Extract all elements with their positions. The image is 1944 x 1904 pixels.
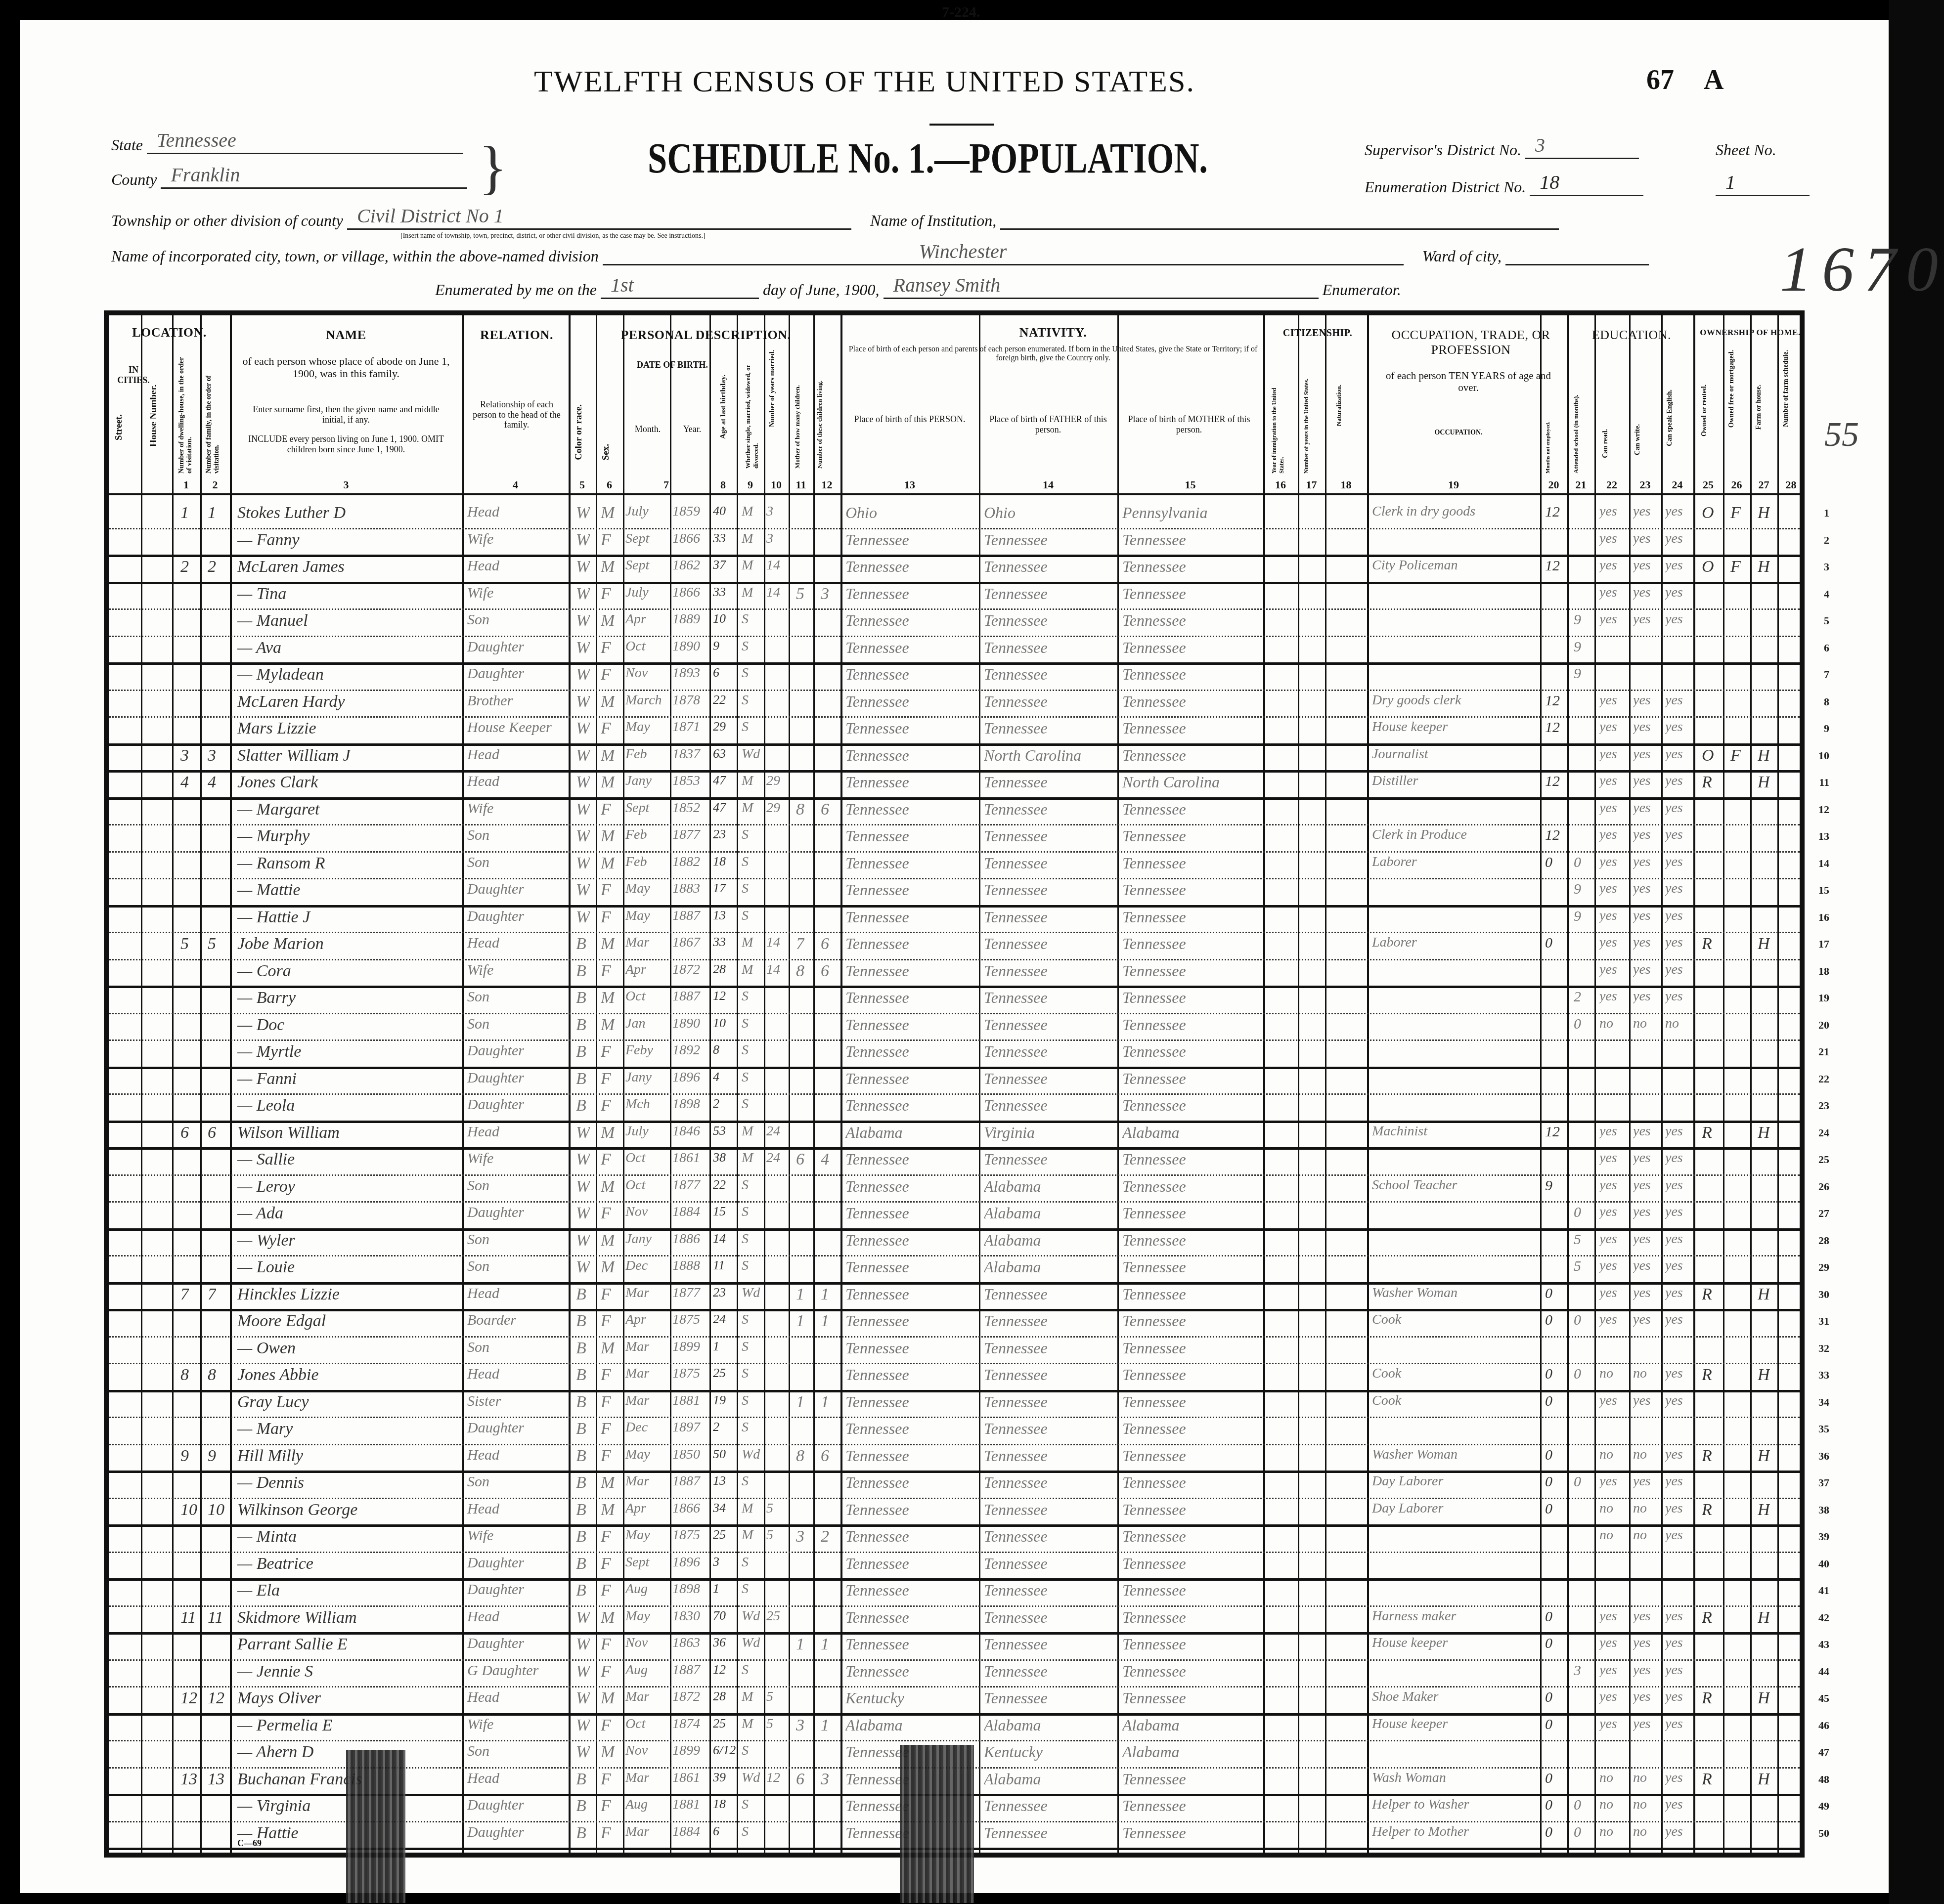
color: W bbox=[576, 827, 590, 846]
color: B bbox=[576, 1016, 586, 1035]
age: 18 bbox=[713, 1797, 737, 1812]
can-read: yes bbox=[1599, 962, 1617, 978]
birthplace-person: Tennessee bbox=[845, 1312, 976, 1330]
line-number: 10 bbox=[1818, 749, 1829, 762]
township-value: Civil District No 1 bbox=[357, 204, 504, 227]
vh-attended-school: Attended school (in months). bbox=[1572, 360, 1580, 474]
birthplace-father: Tennessee bbox=[984, 1581, 1115, 1600]
occupation: Cook bbox=[1372, 1366, 1538, 1382]
can-write: yes bbox=[1633, 854, 1651, 870]
years-married: 12 bbox=[766, 1770, 789, 1786]
can-read: yes bbox=[1599, 1689, 1617, 1705]
birth-month: Sept bbox=[625, 558, 669, 573]
birthplace-mother: Alabama bbox=[1122, 1743, 1261, 1761]
person-name: — Ava bbox=[237, 639, 460, 657]
attended-school: 9 bbox=[1574, 639, 1581, 655]
birth-year: 1877 bbox=[672, 827, 709, 843]
col-num-11: 11 bbox=[789, 478, 813, 491]
can-read: yes bbox=[1599, 1177, 1617, 1193]
table-row: — Permelia E Wife W F Oct 1874 25 M 5 3 … bbox=[109, 1713, 1800, 1742]
relation: G Daughter bbox=[467, 1662, 566, 1679]
table-row: 3 3 Slatter William J Head W M Feb 1837 … bbox=[109, 743, 1800, 773]
birthplace-mother: Tennessee bbox=[1122, 962, 1261, 980]
family-number: 11 bbox=[208, 1608, 223, 1627]
age: 29 bbox=[713, 719, 737, 734]
line-number: 13 bbox=[1818, 830, 1829, 843]
col-num-9: 9 bbox=[737, 478, 764, 491]
line-number: 22 bbox=[1818, 1073, 1829, 1085]
vh-naturalization: Naturalization. bbox=[1335, 385, 1343, 426]
marital-status: S bbox=[742, 1473, 764, 1489]
marital-status: Wd bbox=[742, 1635, 764, 1651]
population-table: LOCATION. IN CITIES. NAME of each person… bbox=[104, 310, 1805, 1858]
attended-school: 0 bbox=[1574, 1204, 1581, 1221]
marital-status: S bbox=[742, 989, 764, 1004]
months-unemployed: 0 bbox=[1545, 1366, 1552, 1383]
sex: F bbox=[601, 908, 611, 927]
birthplace-mother: Tennessee bbox=[1122, 1177, 1261, 1196]
months-unemployed: 12 bbox=[1545, 827, 1560, 844]
birth-year: 1878 bbox=[672, 692, 709, 708]
marital-status: M bbox=[742, 1150, 764, 1166]
birthplace-person: Tennessee bbox=[845, 1473, 976, 1492]
table-row: 9 9 Hill Milly Head B F May 1850 50 Wd 8… bbox=[109, 1444, 1800, 1473]
color: B bbox=[576, 1555, 586, 1573]
birthplace-father: Tennessee bbox=[984, 1016, 1115, 1034]
marital-status: Wd bbox=[742, 746, 764, 762]
table-row: 5 5 Jobe Marion Head B M Mar 1867 33 M 1… bbox=[109, 932, 1800, 960]
birthplace-person: Tennessee bbox=[845, 1042, 976, 1061]
col-num-10: 10 bbox=[764, 478, 789, 491]
marital-status: Wd bbox=[742, 1608, 764, 1624]
owned-rented: R bbox=[1702, 1285, 1712, 1304]
relation: Wife bbox=[467, 1150, 566, 1167]
birthplace-mother: Tennessee bbox=[1122, 1555, 1261, 1573]
months-unemployed: 0 bbox=[1545, 1608, 1552, 1625]
owned-rented: R bbox=[1702, 935, 1712, 953]
vh-years-us: Number of years in the United States. bbox=[1303, 375, 1310, 474]
birth-month: Feb bbox=[625, 827, 669, 843]
birth-month: Dec bbox=[625, 1258, 669, 1274]
birthplace-father: Tennessee bbox=[984, 585, 1115, 603]
birth-month: July bbox=[625, 1124, 669, 1139]
birth-year: 1896 bbox=[672, 1555, 709, 1570]
birthplace-mother: Tennessee bbox=[1122, 692, 1261, 711]
sheet-stamp-letter: A bbox=[1704, 65, 1723, 95]
birthplace-father: Alabama bbox=[984, 1231, 1115, 1250]
birthplace-mother: Tennessee bbox=[1122, 665, 1261, 684]
birthplace-person: Tennessee bbox=[845, 1662, 976, 1681]
owned-rented: R bbox=[1702, 1447, 1712, 1466]
township-field: Township or other division of county Civ… bbox=[111, 212, 1559, 230]
mother-of: 1 bbox=[796, 1393, 804, 1412]
age: 23 bbox=[713, 827, 737, 842]
attended-school: 3 bbox=[1574, 1662, 1581, 1679]
dwelling-number: 8 bbox=[180, 1366, 189, 1385]
months-unemployed: 0 bbox=[1545, 1501, 1552, 1517]
vh-children-living: Number of these children living. bbox=[816, 350, 824, 469]
farm-house: H bbox=[1758, 1689, 1770, 1708]
group-location: LOCATION. bbox=[109, 325, 230, 340]
months-unemployed: 0 bbox=[1545, 1393, 1552, 1410]
birthplace-person: Tennessee bbox=[845, 1070, 976, 1088]
marital-status: S bbox=[742, 1204, 764, 1220]
marital-status: S bbox=[742, 1258, 764, 1274]
sex: F bbox=[601, 1312, 611, 1331]
birthplace-person: Tennessee bbox=[845, 1177, 976, 1196]
person-name: — Myrtle bbox=[237, 1042, 460, 1061]
birth-year: 1850 bbox=[672, 1447, 709, 1463]
color: W bbox=[576, 1204, 590, 1223]
sex: F bbox=[601, 1366, 611, 1385]
can-speak-english: no bbox=[1665, 1016, 1679, 1032]
table-row: — Myladean Daughter W F Nov 1893 6 S Ten… bbox=[109, 662, 1800, 691]
relation: Brother bbox=[467, 692, 566, 709]
sex: M bbox=[601, 1473, 615, 1492]
col-num-3: 3 bbox=[230, 478, 462, 491]
birthplace-mother: Tennessee bbox=[1122, 800, 1261, 819]
can-speak-english: yes bbox=[1665, 1608, 1683, 1624]
sex: M bbox=[601, 1231, 615, 1250]
birth-year: 1883 bbox=[672, 881, 709, 897]
birthplace-person: Tennessee bbox=[845, 1258, 976, 1276]
children-living: 6 bbox=[821, 935, 829, 953]
birth-year: 1877 bbox=[672, 1177, 709, 1193]
mother-of: 6 bbox=[796, 1150, 804, 1169]
birth-month: Oct bbox=[625, 1716, 669, 1732]
can-write: yes bbox=[1633, 1473, 1651, 1489]
birth-month: Nov bbox=[625, 1743, 669, 1759]
family-number: 13 bbox=[208, 1770, 224, 1789]
table-row: 11 11 Skidmore William Head W M May 1830… bbox=[109, 1605, 1800, 1635]
vh-can-read: Can read. bbox=[1602, 429, 1610, 458]
line-number: 4 bbox=[1824, 588, 1829, 601]
relation: Son bbox=[467, 1016, 566, 1033]
birthplace-mother: Tennessee bbox=[1122, 719, 1261, 737]
table-row: — Owen Son B M Mar 1899 1 S Tennessee Te… bbox=[109, 1336, 1800, 1365]
marital-status: M bbox=[742, 773, 764, 789]
birthplace-mother: Tennessee bbox=[1122, 1797, 1261, 1815]
color: B bbox=[576, 1420, 586, 1438]
color: B bbox=[576, 1770, 586, 1789]
owned-rented: R bbox=[1702, 1770, 1712, 1789]
birth-month: May bbox=[625, 1608, 669, 1624]
birth-year: 1875 bbox=[672, 1312, 709, 1328]
can-write: no bbox=[1633, 1797, 1647, 1813]
relation: Daughter bbox=[467, 1797, 566, 1814]
birth-month: Mar bbox=[625, 935, 669, 951]
can-speak-english: yes bbox=[1665, 611, 1683, 627]
can-write: no bbox=[1633, 1501, 1647, 1516]
birth-year: 1892 bbox=[672, 1042, 709, 1058]
table-row: — Myrtle Daughter B F Feby 1892 8 S Tenn… bbox=[109, 1039, 1800, 1069]
family-number: 7 bbox=[208, 1285, 216, 1304]
birthplace-father: Tennessee bbox=[984, 1096, 1115, 1115]
birth-month: Feb bbox=[625, 854, 669, 870]
sex: F bbox=[601, 1581, 611, 1600]
can-read: no bbox=[1599, 1447, 1613, 1463]
dwelling-number: 9 bbox=[180, 1447, 189, 1466]
age: 8 bbox=[713, 1042, 737, 1057]
can-write: yes bbox=[1633, 719, 1651, 735]
person-name: — Louie bbox=[237, 1258, 460, 1277]
birth-month: Nov bbox=[625, 1204, 669, 1220]
sex: F bbox=[601, 800, 611, 819]
birth-year: 1866 bbox=[672, 1501, 709, 1516]
nativity-description: Place of birth of each person and parent… bbox=[845, 345, 1261, 363]
mother-of: 1 bbox=[796, 1285, 804, 1304]
table-row: — Wyler Son W M Jany 1886 14 S Tennessee… bbox=[109, 1228, 1800, 1257]
birthplace-person: Tennessee bbox=[845, 854, 976, 872]
attended-school: 9 bbox=[1574, 665, 1581, 682]
city-value: Winchester bbox=[919, 240, 1007, 263]
birthplace-mother: Tennessee bbox=[1122, 1312, 1261, 1330]
birth-month: Sept bbox=[625, 1555, 669, 1570]
birth-year: 1893 bbox=[672, 665, 709, 681]
line-number: 25 bbox=[1818, 1153, 1829, 1166]
line-number: 7 bbox=[1824, 668, 1829, 681]
sex: M bbox=[601, 935, 615, 953]
years-married: 24 bbox=[766, 1124, 789, 1139]
person-name: McLaren James bbox=[237, 558, 460, 576]
birth-year: 1889 bbox=[672, 611, 709, 627]
sex: F bbox=[601, 1797, 611, 1816]
birthplace-father: Alabama bbox=[984, 1258, 1115, 1276]
table-row: — Tina Wife W F July 1866 33 M 14 5 3 Te… bbox=[109, 582, 1800, 610]
table-row: McLaren Hardy Brother W M March 1878 22 … bbox=[109, 690, 1800, 718]
vh-owned-free: Owned free or mortgaged. bbox=[1728, 350, 1736, 428]
birthplace-father: Alabama bbox=[984, 1204, 1115, 1222]
can-write: yes bbox=[1633, 1231, 1651, 1247]
line-number: 44 bbox=[1818, 1665, 1829, 1678]
birth-month: Mar bbox=[625, 1473, 669, 1489]
line-number: 38 bbox=[1818, 1504, 1829, 1516]
col-num-5: 5 bbox=[569, 478, 596, 491]
relation: Daughter bbox=[467, 1420, 566, 1436]
age: 11 bbox=[713, 1258, 737, 1273]
birthplace-person: Tennessee bbox=[845, 800, 976, 819]
birth-year: 1846 bbox=[672, 1124, 709, 1139]
can-read: yes bbox=[1599, 1393, 1617, 1409]
birthplace-father: Tennessee bbox=[984, 639, 1115, 657]
birthplace-father: Tennessee bbox=[984, 908, 1115, 926]
line-number: 43 bbox=[1818, 1638, 1829, 1651]
can-write: yes bbox=[1633, 1285, 1651, 1301]
birthplace-father: Ohio bbox=[984, 504, 1115, 522]
birthplace-father: Tennessee bbox=[984, 1608, 1115, 1627]
months-unemployed: 0 bbox=[1545, 854, 1552, 871]
can-write: yes bbox=[1633, 1393, 1651, 1409]
vh-years-married: Number of years married. bbox=[769, 350, 777, 427]
col-num-4: 4 bbox=[462, 478, 569, 491]
birthplace-mother: Tennessee bbox=[1122, 1393, 1261, 1411]
group-in-cities: IN CITIES. bbox=[111, 365, 156, 385]
birthplace-mother: Tennessee bbox=[1122, 1285, 1261, 1303]
relation: Head bbox=[467, 1447, 566, 1464]
line-number: 11 bbox=[1819, 776, 1829, 789]
age: 15 bbox=[713, 1204, 737, 1219]
can-speak-english: yes bbox=[1665, 1258, 1683, 1274]
census-title: TWELFTH CENSUS OF THE UNITED STATES. bbox=[534, 64, 1195, 99]
person-name: Jones Clark bbox=[237, 773, 460, 792]
age: 9 bbox=[713, 639, 737, 653]
marital-status: S bbox=[742, 1339, 764, 1355]
birth-year: 1899 bbox=[672, 1743, 709, 1759]
can-write: yes bbox=[1633, 1258, 1651, 1274]
mother-of: 8 bbox=[796, 800, 804, 819]
age: 33 bbox=[713, 935, 737, 950]
color: B bbox=[576, 989, 586, 1007]
sheet-no-value-field: 1 bbox=[1716, 178, 1810, 196]
marital-status: M bbox=[742, 1501, 764, 1516]
color: W bbox=[576, 639, 590, 657]
can-read: yes bbox=[1599, 773, 1617, 789]
occupation: Day Laborer bbox=[1372, 1473, 1538, 1489]
can-read: yes bbox=[1599, 611, 1617, 627]
farm-house: H bbox=[1758, 935, 1770, 953]
person-name: — Ada bbox=[237, 1204, 460, 1223]
children-living: 1 bbox=[821, 1312, 829, 1331]
birthplace-mother: Alabama bbox=[1122, 1124, 1261, 1142]
birthplace-father: Tennessee bbox=[984, 1473, 1115, 1492]
months-unemployed: 0 bbox=[1545, 1824, 1552, 1841]
brace-left: } bbox=[479, 133, 507, 202]
sex: M bbox=[601, 773, 615, 792]
birth-month: Mar bbox=[625, 1824, 669, 1840]
dwelling-number: 6 bbox=[180, 1124, 189, 1142]
can-read: yes bbox=[1599, 935, 1617, 951]
line-number: 50 bbox=[1818, 1827, 1829, 1840]
marital-status: S bbox=[742, 719, 764, 735]
age: 22 bbox=[713, 1177, 737, 1192]
marital-status: M bbox=[742, 558, 764, 573]
can-write: yes bbox=[1633, 908, 1651, 924]
occupation: Distiller bbox=[1372, 773, 1538, 789]
vh-street: Street. bbox=[114, 414, 125, 440]
birth-year: 1872 bbox=[672, 1689, 709, 1705]
occupation: Day Laborer bbox=[1372, 1501, 1538, 1516]
sex: M bbox=[601, 611, 615, 630]
line-number: 39 bbox=[1818, 1530, 1829, 1543]
children-living: 6 bbox=[821, 1447, 829, 1466]
birthplace-mother: Tennessee bbox=[1122, 1070, 1261, 1088]
col-num-19: 19 bbox=[1367, 478, 1540, 491]
person-name: — Fanni bbox=[237, 1070, 460, 1088]
group-nativity: NATIVITY. bbox=[840, 325, 1266, 340]
sex: M bbox=[601, 1258, 615, 1277]
occupation: Helper to Mother bbox=[1372, 1824, 1538, 1840]
can-speak-english: yes bbox=[1665, 1527, 1683, 1543]
birthplace-father: Tennessee bbox=[984, 827, 1115, 845]
age: 63 bbox=[713, 746, 737, 761]
table-row: 1 1 Stokes Luther D Head W M July 1859 4… bbox=[109, 501, 1800, 529]
sex: M bbox=[601, 1016, 615, 1035]
birthplace-mother: Pennsylvania bbox=[1122, 504, 1261, 522]
birthplace-father: Tennessee bbox=[984, 1393, 1115, 1411]
birthplace-mother: Tennessee bbox=[1122, 881, 1261, 899]
marital-status: S bbox=[742, 827, 764, 843]
marital-status: M bbox=[742, 962, 764, 978]
birth-month: Feby bbox=[625, 1042, 669, 1058]
occupation: Cook bbox=[1372, 1393, 1538, 1409]
children-living: 1 bbox=[821, 1285, 829, 1304]
line-number: 6 bbox=[1824, 642, 1829, 654]
relation: Head bbox=[467, 746, 566, 763]
months-unemployed: 0 bbox=[1545, 935, 1552, 952]
occupation-description: of each person TEN YEARS of age and over… bbox=[1379, 370, 1557, 393]
birthplace-mother: Tennessee bbox=[1122, 935, 1261, 953]
birth-year: 1898 bbox=[672, 1096, 709, 1112]
sex: F bbox=[601, 1770, 611, 1789]
can-read: yes bbox=[1599, 1662, 1617, 1678]
birth-month: Apr bbox=[625, 611, 669, 627]
relation: Wife bbox=[467, 1527, 566, 1544]
marital-status: M bbox=[742, 1689, 764, 1705]
birthplace-father: Tennessee bbox=[984, 989, 1115, 1007]
color: B bbox=[576, 1312, 586, 1331]
age: 50 bbox=[713, 1447, 737, 1462]
years-married: 5 bbox=[766, 1689, 789, 1705]
col-num-13: 13 bbox=[840, 478, 979, 491]
can-write: yes bbox=[1633, 935, 1651, 951]
color: B bbox=[576, 1501, 586, 1519]
birthplace-father: Tennessee bbox=[984, 1420, 1115, 1438]
marital-status: S bbox=[742, 611, 764, 627]
person-name: — Hattie J bbox=[237, 908, 460, 927]
enumerated-day: 1st bbox=[611, 273, 634, 297]
marital-status: S bbox=[742, 1581, 764, 1597]
birthplace-mother: Tennessee bbox=[1122, 1527, 1261, 1546]
birthplace-father: Tennessee bbox=[984, 531, 1115, 549]
marital-status: S bbox=[742, 1824, 764, 1840]
birthplace-person: Kentucky bbox=[845, 1689, 976, 1707]
age: 6/12 bbox=[713, 1743, 737, 1758]
marital-status: S bbox=[742, 1662, 764, 1678]
birthplace-father: Tennessee bbox=[984, 773, 1115, 791]
attended-school: 2 bbox=[1574, 989, 1581, 1005]
birth-year: 1866 bbox=[672, 531, 709, 547]
person-name: — Leroy bbox=[237, 1177, 460, 1196]
birthplace-mother: Tennessee bbox=[1122, 1231, 1261, 1250]
dwelling-number: 2 bbox=[180, 558, 189, 576]
can-speak-english: yes bbox=[1665, 1366, 1683, 1382]
color: W bbox=[576, 558, 590, 576]
enumeration-district-field: Enumeration District No. 18 bbox=[1365, 178, 1643, 196]
years-married: 5 bbox=[766, 1716, 789, 1732]
relation: Wife bbox=[467, 962, 566, 979]
mother-of: 8 bbox=[796, 962, 804, 981]
person-name: Stokes Luther D bbox=[237, 504, 460, 522]
can-speak-english: yes bbox=[1665, 1393, 1683, 1409]
sex: M bbox=[601, 558, 615, 576]
months-unemployed: 0 bbox=[1545, 1312, 1552, 1329]
age: 3 bbox=[713, 1555, 737, 1569]
birthplace-person: Tennessee bbox=[845, 908, 976, 926]
birthplace-person: Tennessee bbox=[845, 692, 976, 711]
birth-month: Aug bbox=[625, 1581, 669, 1597]
years-married: 14 bbox=[766, 935, 789, 951]
birth-month: Jan bbox=[625, 1016, 669, 1032]
relation: Daughter bbox=[467, 639, 566, 655]
marital-status: S bbox=[742, 639, 764, 654]
months-unemployed: 12 bbox=[1545, 719, 1560, 736]
schedule-title: SCHEDULE No. 1.—POPULATION. bbox=[648, 133, 1208, 183]
relation: Daughter bbox=[467, 908, 566, 925]
birthplace-father: Tennessee bbox=[984, 1447, 1115, 1465]
line-number: 32 bbox=[1818, 1342, 1829, 1355]
can-speak-english: yes bbox=[1665, 585, 1683, 601]
can-read: yes bbox=[1599, 1473, 1617, 1489]
